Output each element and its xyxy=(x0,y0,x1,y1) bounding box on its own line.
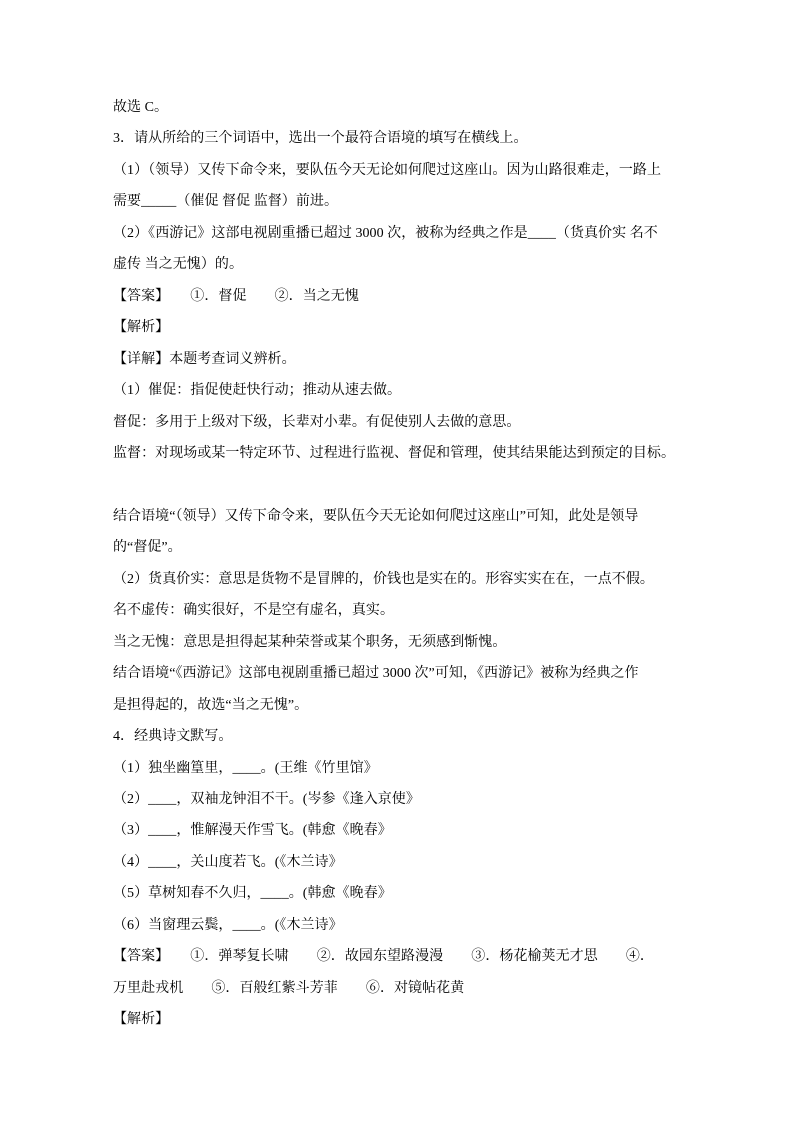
document-page: 故选 C。3．请从所给的三个词语中，选出一个最符合语境的填写在横线上。（1）（领… xyxy=(0,0,794,1123)
text-line: （2）货真价实：意思是货物不是冒牌的，价钱也是实在的。形容实实在在，一点不假。 xyxy=(113,564,683,595)
text-line: （5）草树知春不久归，____。(韩愈《晚春》 xyxy=(113,878,683,909)
text-line: 3．请从所给的三个词语中，选出一个最符合语境的填写在横线上。 xyxy=(113,123,683,154)
text-line: 【答案】 ①．督促 ②．当之无愧 xyxy=(113,281,683,312)
text-line: （1）催促：指促使赶快行动；推动从速去做。 xyxy=(113,375,683,406)
question-3: 3．请从所给的三个词语中，选出一个最符合语境的填写在横线上。（1）（领导）又传下… xyxy=(113,123,683,280)
text-line: （2）《西游记》这部电视剧重播已超过 3000 次，被称为经典之作是____（货… xyxy=(113,218,683,249)
text-line: 【解析】 xyxy=(113,312,683,343)
text-line: 虚传 当之无愧）的。 xyxy=(113,249,683,280)
blank-line xyxy=(113,469,683,500)
text-line: 万里赴戎机 ⑤．百般红紫斗芳菲 ⑥．对镜帖花黄 xyxy=(113,973,683,1004)
text-line: 【详解】本题考查词义辨析。 xyxy=(113,344,683,375)
question-3-answer: 【答案】 ①．督促 ②．当之无愧 xyxy=(113,281,683,312)
text-line: 监督：对现场或某一特定环节、过程进行监视、督促和管理，使其结果能达到预定的目标。 xyxy=(113,438,683,469)
text-line: （3）____，惟解漫天作雪飞。(韩愈《晚春》 xyxy=(113,815,683,846)
text-line: 结合语境“《西游记》这部电视剧重播已超过 3000 次”可知，《西游记》被称为经… xyxy=(113,658,683,689)
question-4: 4．经典诗文默写。（1）独坐幽篁里，____。(王维《竹里馆》（2）____，双… xyxy=(113,721,683,941)
question-4-answer: 【答案】 ①．弹琴复长啸 ②．故园东望路漫漫 ③．杨花榆荚无才思 ④．万里赴戎机… xyxy=(113,941,683,1004)
text-line: （1）（领导）又传下命令来，要队伍今天无论如何爬过这座山。因为山路很难走，一路上 xyxy=(113,155,683,186)
text-line: 4．经典诗文默写。 xyxy=(113,721,683,752)
text-line: 【答案】 ①．弹琴复长啸 ②．故园东望路漫漫 ③．杨花榆荚无才思 ④． xyxy=(113,941,683,972)
text-line: 是担得起的，故选“当之无愧”。 xyxy=(113,690,683,721)
text-line: 故选 C。 xyxy=(113,92,683,123)
text-line: （1）独坐幽篁里，____。(王维《竹里馆》 xyxy=(113,753,683,784)
text-line: 名不虚传：确实很好，不是空有虚名，真实。 xyxy=(113,595,683,626)
text-line: 结合语境“（领导）又传下命令来，要队伍今天无论如何爬过这座山”可知，此处是领导 xyxy=(113,501,683,532)
text-line: （6）当窗理云鬓，____。(《木兰诗》 xyxy=(113,910,683,941)
text-line: （4）____，关山度若飞。(《木兰诗》 xyxy=(113,847,683,878)
text-line: 【解析】 xyxy=(113,1004,683,1035)
text-line: 的“督促”。 xyxy=(113,532,683,563)
text-line: 需要_____（催促 督促 监督）前进。 xyxy=(113,186,683,217)
text-line: （2）____，双袖龙钟泪不干。(岑参《逢入京使》 xyxy=(113,784,683,815)
text-line: 督促：多用于上级对下级，长辈对小辈。有促使别人去做的意思。 xyxy=(113,407,683,438)
text-line: 当之无愧：意思是担得起某种荣誉或某个职务，无须感到惭愧。 xyxy=(113,627,683,658)
question-4-analysis: 【解析】 xyxy=(113,1004,683,1035)
question-2-conclusion: 故选 C。 xyxy=(113,92,683,123)
question-3-analysis: 【解析】【详解】本题考查词义辨析。（1）催促：指促使赶快行动；推动从速去做。督促… xyxy=(113,312,683,721)
